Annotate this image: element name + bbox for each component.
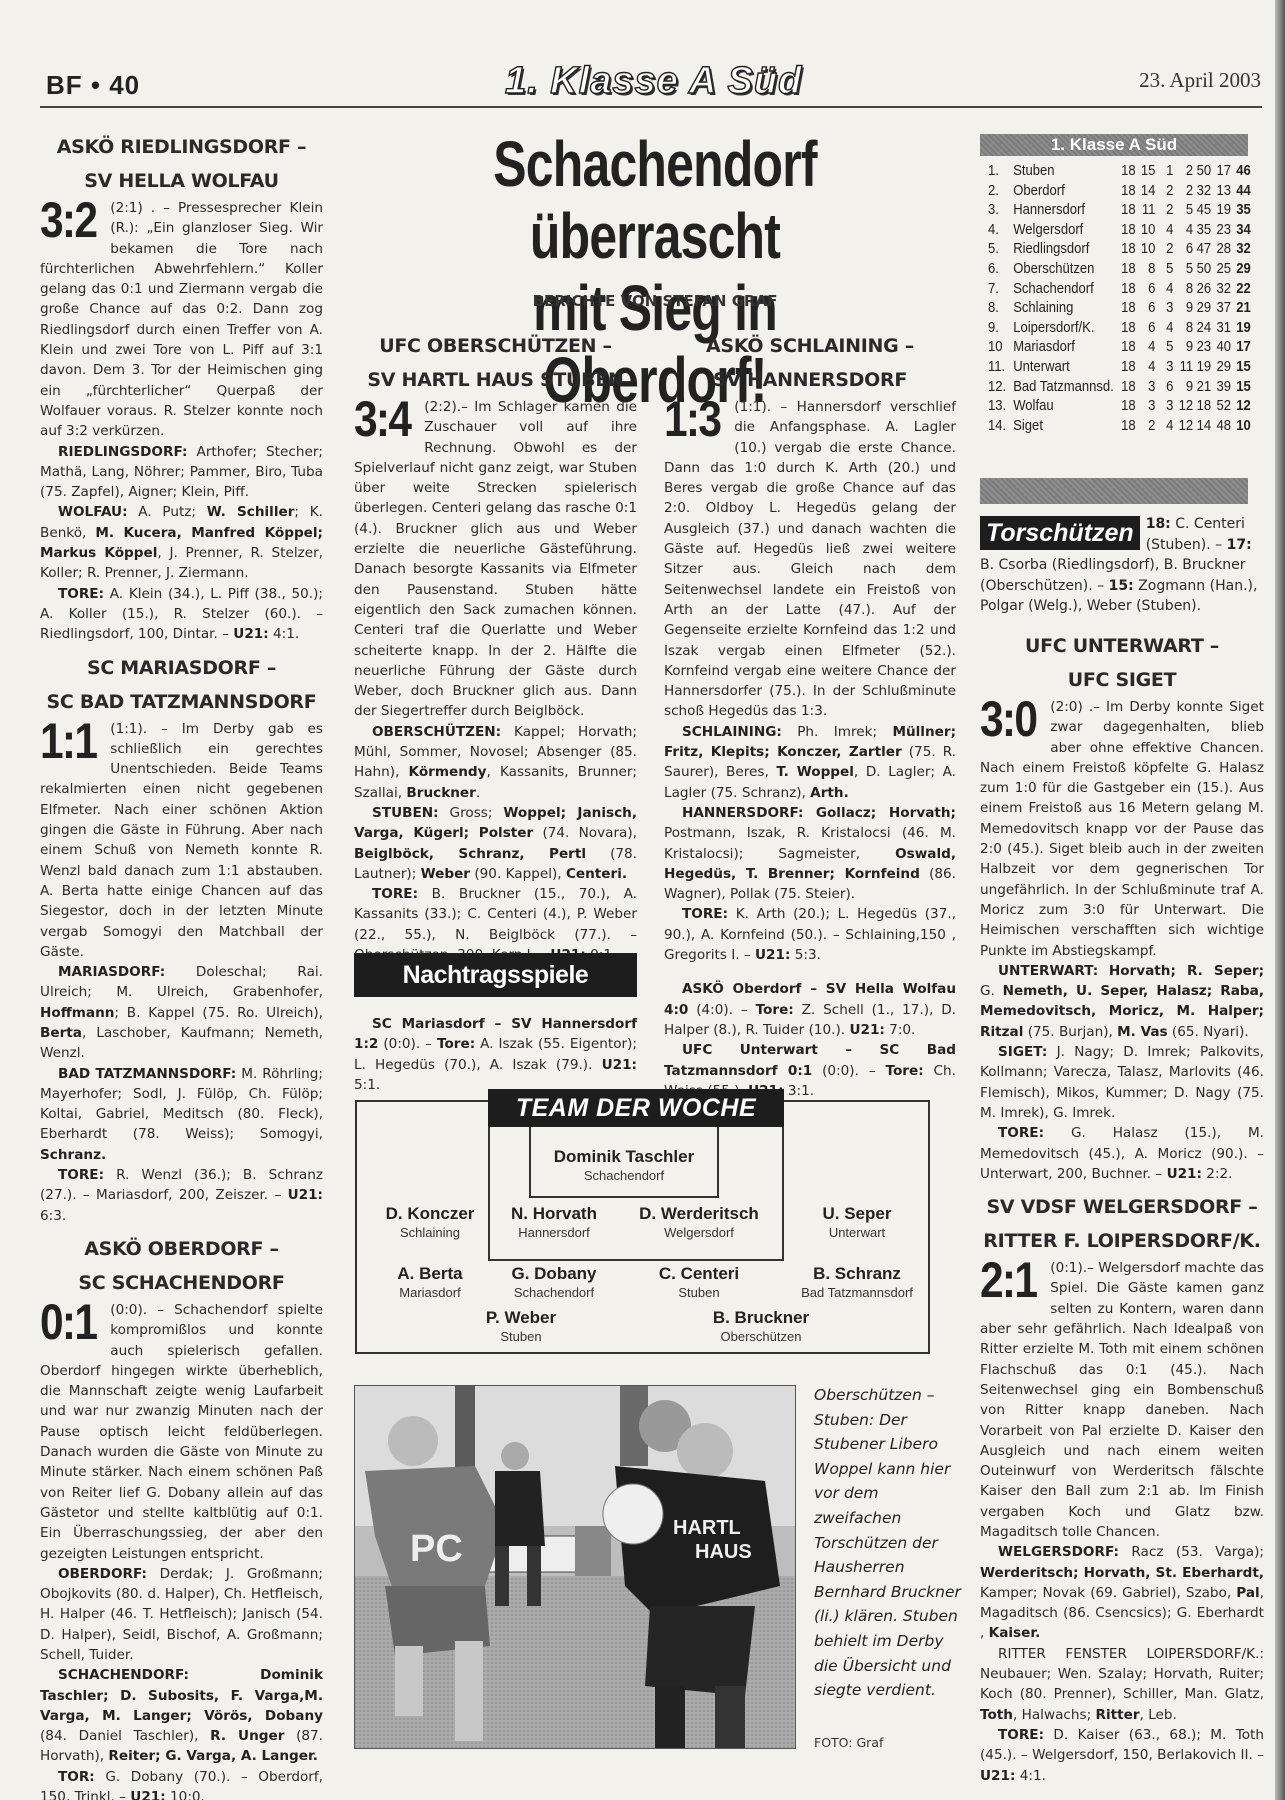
team-der-woche-title: TEAM DER WOCHE — [488, 1089, 784, 1127]
standings-cell-pts: 10 — [1231, 417, 1251, 437]
match-title: SV VDSF WELGERSDORF – RITTER F. LOIPERSD… — [980, 1190, 1264, 1258]
nachtragsspiele-heading: Nachtragsspiele — [354, 953, 637, 997]
standings-cell-sp: 18 — [1114, 240, 1136, 260]
standings-footer-bar — [980, 478, 1248, 504]
torschuetzen-label: Torschützen — [980, 516, 1140, 550]
match-photo: PC HARTL HAUS — [354, 1385, 796, 1749]
standings-title: 1. Klasse A Süd — [980, 134, 1248, 156]
standings-cell-pos: 1. — [988, 162, 1008, 182]
standings-cell-n: 9 — [1173, 299, 1193, 319]
standings-cell-n: 12 — [1173, 397, 1193, 417]
standings-cell-u: 2 — [1155, 182, 1173, 202]
standings-table: 1. Klasse A Süd 1.Stuben1815125017462.Ob… — [980, 134, 1248, 436]
standings-cell-team: Siget — [1008, 417, 1114, 437]
nachtrag-item-2: ASKÖ Oberdorf – SV Hella Wolfau 4:0 (4:0… — [664, 979, 956, 1040]
byline: BERICHTE VON STEFAN GRAF — [350, 292, 960, 310]
player-name: G. Dobany — [479, 1264, 629, 1284]
player-club: Stuben — [624, 1284, 774, 1302]
match-report-mariasdorf-tatzmannsdorf: SC MARIASDORF – SC BAD TATZMANNSDORF 1:1… — [40, 651, 323, 1226]
standings-cell-tf: 18 — [1193, 397, 1211, 417]
standings-cell-sp: 18 — [1114, 378, 1136, 398]
standings-cell-pts: 17 — [1231, 338, 1251, 358]
player-club: Schachendorf — [479, 1284, 629, 1302]
standings-cell-pts: 15 — [1231, 378, 1251, 398]
standings-cell-pts: 34 — [1231, 221, 1251, 241]
standings-cell-team: Loipersdorf/K. — [1008, 319, 1114, 339]
standings-cell-s: 6 — [1136, 299, 1156, 319]
standings-cell-tf: 47 — [1193, 240, 1211, 260]
match-report-oberdorf-schachendorf: ASKÖ OBERDORF – SC SCHACHENDORF 0:1(0:0)… — [40, 1232, 323, 1800]
match-title: SC MARIASDORF – SC BAD TATZMANNSDORF — [40, 651, 323, 719]
match-title: UFC UNTERWART – UFC SIGET — [980, 629, 1264, 697]
standings-row: 6.Oberschützen18855502529 — [988, 260, 1256, 280]
tdw-player: N. HorvathHannersdorf — [479, 1204, 629, 1242]
standings-cell-s: 3 — [1136, 397, 1156, 417]
match-score: 2:1 — [980, 1260, 1036, 1300]
standings-cell-sp: 18 — [1114, 221, 1136, 241]
standings-row: 7.Schachendorf18648263222 — [988, 280, 1256, 300]
standings-cell-s: 4 — [1136, 358, 1156, 378]
standings-cell-u: 2 — [1155, 201, 1173, 221]
standings-cell-team: Oberdorf — [1008, 182, 1114, 202]
standings-cell-pts: 15 — [1231, 358, 1251, 378]
standings-cell-team: Schlaining — [1008, 299, 1114, 319]
standings-cell-team: Oberschützen — [1008, 260, 1114, 280]
standings-cell-s: 3 — [1136, 378, 1156, 398]
standings-cell-team: Hannersdorf — [1008, 201, 1114, 221]
standings-cell-tf: 24 — [1193, 319, 1211, 339]
standings-cell-sp: 18 — [1114, 338, 1136, 358]
headline-line-1: Schachendorf überrascht — [417, 128, 893, 272]
player-club: Schachendorf — [549, 1167, 699, 1185]
standings-cell-s: 2 — [1136, 417, 1156, 437]
standings-cell-ta: 13 — [1211, 182, 1231, 202]
match-report-schlaining-hannersdorf: ASKÖ SCHLAINING – SV HANNERSDORF 1:3(1:1… — [664, 329, 956, 965]
standings-cell-team: Schachendorf — [1008, 280, 1114, 300]
match-report-oberschuetzen-stuben: UFC OBERSCHÜTZEN – SV HARTL HAUS STUBEN … — [354, 329, 637, 965]
standings-cell-ta: 32 — [1211, 280, 1231, 300]
standings-cell-u: 4 — [1155, 280, 1173, 300]
standings-row: 4.Welgersdorf181044352334 — [988, 221, 1256, 241]
standings-cell-tf: 32 — [1193, 182, 1211, 202]
standings-cell-pos: 7. — [988, 280, 1008, 300]
standings-cell-pts: 46 — [1231, 162, 1251, 182]
standings-row: 14.Siget182412144810 — [988, 417, 1256, 437]
standings-cell-team: Mariasdorf — [1008, 338, 1114, 358]
standings-cell-ta: 31 — [1211, 319, 1231, 339]
standings-cell-pts: 22 — [1231, 280, 1251, 300]
standings-cell-ta: 23 — [1211, 221, 1231, 241]
match-title: ASKÖ SCHLAINING – SV HANNERSDORF — [664, 329, 956, 397]
match-score: 1:1 — [40, 721, 96, 761]
standings-cell-n: 4 — [1173, 221, 1193, 241]
standings-cell-sp: 18 — [1114, 260, 1136, 280]
standings-cell-pos: 3. — [988, 201, 1008, 221]
standings-cell-sp: 18 — [1114, 417, 1136, 437]
tdw-player: B. BrucknerOberschützen — [686, 1308, 836, 1346]
section-title: 1. Klasse A Süd — [505, 60, 802, 103]
standings-cell-s: 6 — [1136, 280, 1156, 300]
match-score: 3:2 — [40, 200, 96, 240]
standings-cell-n: 9 — [1173, 378, 1193, 398]
standings-cell-tf: 21 — [1193, 378, 1211, 398]
player-name: Dominik Taschler — [549, 1147, 699, 1167]
svg-text:PC: PC — [410, 1528, 463, 1570]
standings-cell-ta: 17 — [1211, 162, 1231, 182]
standings-cell-u: 1 — [1155, 162, 1173, 182]
match-score: 3:0 — [980, 699, 1036, 739]
standings-cell-sp: 18 — [1114, 358, 1136, 378]
header-divider — [40, 106, 1262, 108]
match-score: 1:3 — [664, 399, 720, 439]
match-title: UFC OBERSCHÜTZEN – SV HARTL HAUS STUBEN — [354, 329, 637, 397]
standings-cell-pos: 6. — [988, 260, 1008, 280]
player-name: N. Horvath — [479, 1204, 629, 1224]
svg-text:HAUS: HAUS — [695, 1541, 752, 1563]
standings-cell-s: 10 — [1136, 240, 1156, 260]
photo-caption: Oberschützen – Stuben: Der Stubener Libe… — [814, 1383, 964, 1703]
standings-cell-pos: 10 — [988, 338, 1008, 358]
standings-cell-tf: 45 — [1193, 201, 1211, 221]
tdw-player: C. CenteriStuben — [624, 1264, 774, 1302]
standings-cell-pts: 19 — [1231, 319, 1251, 339]
standings-cell-u: 4 — [1155, 417, 1173, 437]
standings-cell-u: 5 — [1155, 260, 1173, 280]
standings-cell-ta: 29 — [1211, 358, 1231, 378]
nachtrag-item-1: SC Mariasdorf – SV Hannersdorf 1:2 (0:0)… — [354, 1014, 637, 1095]
match-title: ASKÖ RIEDLINGSDORF – SV HELLA WOLFAU — [40, 130, 323, 198]
standings-cell-u: 2 — [1155, 240, 1173, 260]
standings-cell-ta: 19 — [1211, 201, 1231, 221]
standings-cell-pos: 12. — [988, 378, 1008, 398]
standings-cell-tf: 26 — [1193, 280, 1211, 300]
standings-cell-tf: 23 — [1193, 338, 1211, 358]
player-name: B. Bruckner — [686, 1308, 836, 1328]
standings-cell-s: 15 — [1136, 162, 1156, 182]
standings-cell-pos: 5. — [988, 240, 1008, 260]
match-report-text: (1:1). – Hannersdorf verschlief die Anfa… — [664, 399, 956, 719]
standings-rows: 1.Stuben1815125017462.Oberdorf1814223213… — [980, 156, 1248, 436]
photo-credit: FOTO: Graf — [814, 1735, 883, 1750]
standings-cell-pos: 4. — [988, 221, 1008, 241]
standings-cell-u: 3 — [1155, 358, 1173, 378]
standings-cell-pts: 44 — [1231, 182, 1251, 202]
standings-cell-pts: 12 — [1231, 397, 1251, 417]
standings-cell-team: Riedlingsdorf — [1008, 240, 1114, 260]
standings-cell-s: 10 — [1136, 221, 1156, 241]
column-3: ASKÖ SCHLAINING – SV HANNERSDORF 1:3(1:1… — [664, 329, 956, 1101]
standings-cell-ta: 25 — [1211, 260, 1231, 280]
standings-cell-pos: 8. — [988, 299, 1008, 319]
match-score: 0:1 — [40, 1302, 96, 1342]
player-club: Welgersdorf — [624, 1224, 774, 1242]
standings-cell-team: Welgersdorf — [1008, 221, 1114, 241]
tdw-player: Dominik TaschlerSchachendorf — [549, 1147, 699, 1185]
standings-cell-u: 4 — [1155, 221, 1173, 241]
match-report-text: (2:2).– Im Schlager kamen die Zuschauer … — [354, 399, 637, 719]
standings-cell-pos: 2. — [988, 182, 1008, 202]
match-report-welgersdorf-loipersdorf: SV VDSF WELGERSDORF – RITTER F. LOIPERSD… — [980, 1190, 1264, 1786]
standings-cell-tf: 50 — [1193, 260, 1211, 280]
column-1: ASKÖ RIEDLINGSDORF – SV HELLA WOLFAU 3:2… — [40, 130, 323, 1800]
tdw-player: U. SeperUnterwart — [782, 1204, 932, 1242]
standings-row: 5.Riedlingsdorf181026472832 — [988, 240, 1256, 260]
standings-cell-u: 4 — [1155, 319, 1173, 339]
tdw-player: B. SchranzBad Tatzmannsdorf — [782, 1264, 932, 1302]
match-title: ASKÖ OBERDORF – SC SCHACHENDORF — [40, 1232, 323, 1300]
standings-cell-pos: 11. — [988, 358, 1008, 378]
standings-cell-tf: 14 — [1193, 417, 1211, 437]
standings-cell-s: 14 — [1136, 182, 1156, 202]
standings-cell-n: 2 — [1173, 162, 1193, 182]
issue-date: 23. April 2003 — [1139, 68, 1261, 93]
standings-cell-pts: 32 — [1231, 240, 1251, 260]
standings-row: 3.Hannersdorf181125451935 — [988, 201, 1256, 221]
standings-cell-sp: 18 — [1114, 182, 1136, 202]
standings-cell-n: 9 — [1173, 338, 1193, 358]
tdw-player: G. DobanySchachendorf — [479, 1264, 629, 1302]
standings-cell-s: 6 — [1136, 319, 1156, 339]
standings-row: 9.Loipersdorf/K.18648243119 — [988, 319, 1256, 339]
standings-cell-sp: 18 — [1114, 162, 1136, 182]
standings-cell-pts: 35 — [1231, 201, 1251, 221]
standings-cell-pos: 9. — [988, 319, 1008, 339]
standings-cell-s: 11 — [1136, 201, 1156, 221]
tdw-player: P. WeberStuben — [446, 1308, 596, 1346]
standings-cell-tf: 35 — [1193, 221, 1211, 241]
standings-cell-u: 5 — [1155, 338, 1173, 358]
standings-cell-n: 11 — [1173, 358, 1193, 378]
match-score: 3:4 — [354, 399, 410, 439]
standings-cell-n: 5 — [1173, 201, 1193, 221]
standings-cell-sp: 18 — [1114, 397, 1136, 417]
standings-cell-n: 5 — [1173, 260, 1193, 280]
standings-row: 1.Stuben181512501746 — [988, 162, 1256, 182]
football-players-photo: PC HARTL HAUS — [355, 1386, 796, 1749]
column-2: UFC OBERSCHÜTZEN – SV HARTL HAUS STUBEN … — [354, 329, 637, 965]
standings-cell-sp: 18 — [1114, 299, 1136, 319]
standings-cell-sp: 18 — [1114, 319, 1136, 339]
match-report-riedlingsdorf-wolfau: ASKÖ RIEDLINGSDORF – SV HELLA WOLFAU 3:2… — [40, 130, 323, 645]
standings-cell-pos: 14. — [988, 417, 1008, 437]
standings-cell-s: 8 — [1136, 260, 1156, 280]
svg-text:HARTL: HARTL — [673, 1517, 741, 1539]
standings-row: 11.Unterwart184311192915 — [988, 358, 1256, 378]
match-report-unterwart-siget: UFC UNTERWART – UFC SIGET 3:0(2:0) .– Im… — [980, 629, 1264, 1184]
standings-cell-ta: 37 — [1211, 299, 1231, 319]
standings-cell-n: 12 — [1173, 417, 1193, 437]
standings-cell-pts: 21 — [1231, 299, 1251, 319]
standings-cell-sp: 18 — [1114, 201, 1136, 221]
player-club: Hannersdorf — [479, 1224, 629, 1242]
player-club: Oberschützen — [686, 1328, 836, 1346]
page-edge-shadow — [1275, 0, 1285, 1800]
standings-cell-n: 6 — [1173, 240, 1193, 260]
standings-cell-ta: 28 — [1211, 240, 1231, 260]
standings-row: 8.Schlaining18639293721 — [988, 299, 1256, 319]
player-club: Stuben — [446, 1328, 596, 1346]
player-name: B. Schranz — [782, 1264, 932, 1284]
standings-cell-n: 8 — [1173, 319, 1193, 339]
tdw-player: D. WerderitschWelgersdorf — [624, 1204, 774, 1242]
standings-row: 13.Wolfau183312185212 — [988, 397, 1256, 417]
standings-row: 2.Oberdorf181422321344 — [988, 182, 1256, 202]
standings-cell-team: Stuben — [1008, 162, 1114, 182]
player-name: D. Werderitsch — [624, 1204, 774, 1224]
standings-cell-team: Unterwart — [1008, 358, 1114, 378]
standings-row: 10Mariasdorf18459234017 — [988, 338, 1256, 358]
standings-cell-u: 3 — [1155, 397, 1173, 417]
column-4: UFC UNTERWART – UFC SIGET 3:0(2:0) .– Im… — [980, 629, 1264, 1786]
standings-cell-s: 4 — [1136, 338, 1156, 358]
standings-cell-tf: 50 — [1193, 162, 1211, 182]
standings-cell-pos: 13. — [988, 397, 1008, 417]
standings-cell-ta: 48 — [1211, 417, 1231, 437]
standings-cell-ta: 52 — [1211, 397, 1231, 417]
standings-cell-team: Wolfau — [1008, 397, 1114, 417]
torschuetzen-box: Torschützen18: C. Centeri (Stuben). – 17… — [980, 514, 1264, 617]
player-name: U. Seper — [782, 1204, 932, 1224]
standings-cell-pts: 29 — [1231, 260, 1251, 280]
player-name: P. Weber — [446, 1308, 596, 1328]
standings-cell-tf: 19 — [1193, 358, 1211, 378]
standings-cell-tf: 29 — [1193, 299, 1211, 319]
standings-cell-n: 8 — [1173, 280, 1193, 300]
standings-cell-u: 3 — [1155, 299, 1173, 319]
player-club: Unterwart — [782, 1224, 932, 1242]
standings-cell-sp: 18 — [1114, 280, 1136, 300]
page-number: BF • 40 — [46, 70, 140, 101]
standings-row: 12.Bad Tatzmannsd.18369213915 — [988, 378, 1256, 398]
player-name: C. Centeri — [624, 1264, 774, 1284]
standings-cell-ta: 40 — [1211, 338, 1231, 358]
player-club: Bad Tatzmannsdorf — [782, 1284, 932, 1302]
standings-cell-n: 2 — [1173, 182, 1193, 202]
standings-cell-u: 6 — [1155, 378, 1173, 398]
standings-cell-ta: 39 — [1211, 378, 1231, 398]
standings-cell-team: Bad Tatzmannsd. — [1008, 378, 1114, 398]
